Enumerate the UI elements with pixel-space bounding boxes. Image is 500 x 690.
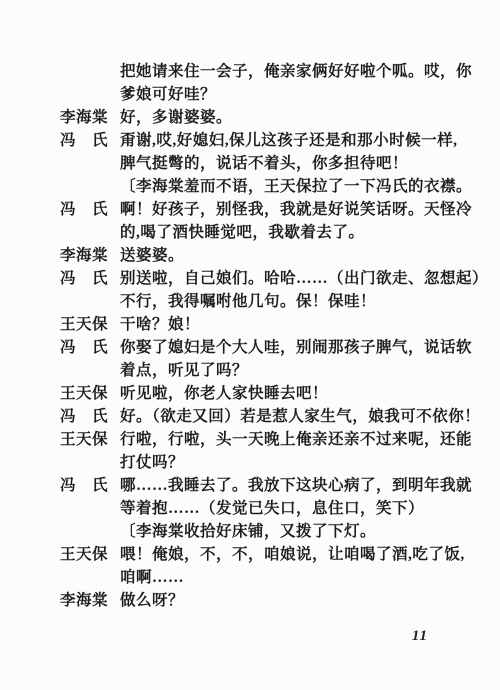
- dialogue-line: 脾气挺彆的，说话不着头，你多担待吧！: [120, 152, 464, 175]
- dialogue-line: 不行，我得嘱咐他几句。保！保哇！: [120, 290, 464, 313]
- script-entry: 冯 氏 啊！好孩子，别怪我，我就是好说笑话呀。天怪冷 的,喝了酒快睡觉吧，我歇着…: [60, 198, 464, 244]
- stage-direction: 〔李海棠收拾好床铺，又拨了下灯。: [60, 520, 464, 543]
- speaker-name: 冯 氏: [60, 129, 116, 152]
- dialogue-line: 打仗吗？: [120, 451, 464, 474]
- dialogue-line: 你娶了媳妇是个大人哇，别闹那孩子脾气，说话软: [120, 336, 464, 359]
- dialogue-line: 喂！俺娘，不，不，咱娘说，让咱喝了酒,吃了饭,: [120, 543, 464, 566]
- dialogue-line: 哪……我睡去了。我放下这块心病了，到明年我就: [120, 474, 464, 497]
- speaker-name: 王天保: [60, 543, 116, 566]
- dialogue-line: 好。（欲走又回）若是惹人家生气，娘我可不依你！: [120, 405, 464, 428]
- speaker-name: 王天保: [60, 313, 116, 336]
- script-entry: 冯 氏 哪……我睡去了。我放下这块心病了，到明年我就 等着抱……（发觉已失口，息…: [60, 474, 464, 520]
- script-entry-continuation: 把她请来住一会子，俺亲家俩好好啦个呱。哎，你 爹娘可好哇？: [60, 60, 464, 106]
- speaker-name: 冯 氏: [60, 474, 116, 497]
- book-page: 把她请来住一会子，俺亲家俩好好啦个呱。哎，你 爹娘可好哇？ 李海棠 好，多谢婆婆…: [0, 0, 500, 690]
- dialogue-line: 干啥？娘！: [120, 313, 464, 336]
- speaker-name: 李海棠: [60, 244, 116, 267]
- dialogue-line: 做么呀？: [120, 589, 464, 612]
- script-entry: 冯 氏 别送啦，自己娘们。哈哈……（出门欲走、忽想起） 不行，我得嘱咐他几句。保…: [60, 267, 464, 313]
- script-entry: 王天保 行啦，行啦，头一天晚上俺亲还亲不过来呢，还能 打仗吗？: [60, 428, 464, 474]
- dialogue-line: 把她请来住一会子，俺亲家俩好好啦个呱。哎，你: [120, 60, 464, 83]
- script-entry: 王天保 听见啦，你老人家快睡去吧！: [60, 382, 464, 405]
- dialogue-line: 的,喝了酒快睡觉吧，我歇着去了。: [120, 221, 464, 244]
- dialogue-line: 甭谢,哎,好媳妇,保儿这孩子还是和那小时候一样,: [120, 129, 464, 152]
- dialogue-line: 行啦，行啦，头一天晚上俺亲还亲不过来呢，还能: [120, 428, 464, 451]
- script-entry: 王天保 干啥？娘！: [60, 313, 464, 336]
- dialogue-line: 啊！好孩子，别怪我，我就是好说笑话呀。天怪冷: [120, 198, 464, 221]
- page-number: 11: [412, 628, 428, 645]
- speaker-name: 冯 氏: [60, 336, 116, 359]
- speaker-name: 冯 氏: [60, 405, 116, 428]
- speaker-name: 李海棠: [60, 106, 116, 129]
- script-entry: 李海棠 好，多谢婆婆。: [60, 106, 464, 129]
- dialogue-line: 爹娘可好哇？: [120, 83, 464, 106]
- script-entry: 李海棠 做么呀？: [60, 589, 464, 612]
- speaker-name: 冯 氏: [60, 267, 116, 290]
- script-text-block: 把她请来住一会子，俺亲家俩好好啦个呱。哎，你 爹娘可好哇？ 李海棠 好，多谢婆婆…: [60, 60, 464, 612]
- speaker-name: 王天保: [60, 382, 116, 405]
- speaker-name: 冯 氏: [60, 198, 116, 221]
- dialogue-line: 别送啦，自己娘们。哈哈……（出门欲走、忽想起）: [120, 267, 464, 290]
- dialogue-line: 送婆婆。: [120, 244, 464, 267]
- dialogue-line: 好，多谢婆婆。: [120, 106, 464, 129]
- script-entry: 冯 氏 甭谢,哎,好媳妇,保儿这孩子还是和那小时候一样, 脾气挺彆的，说话不着头…: [60, 129, 464, 175]
- stage-direction: 〔李海棠羞而不语，王天保拉了一下冯氏的衣襟。: [60, 175, 464, 198]
- dialogue-line: 听见啦，你老人家快睡去吧！: [120, 382, 464, 405]
- dialogue-line: 着点，听见了吗？: [120, 359, 464, 382]
- speaker-name: 李海棠: [60, 589, 116, 612]
- script-entry: 李海棠 送婆婆。: [60, 244, 464, 267]
- stage-direction-line: 〔李海棠羞而不语，王天保拉了一下冯氏的衣襟。: [120, 175, 464, 198]
- dialogue-line: 咱啊……: [120, 566, 464, 589]
- speaker-name: 王天保: [60, 428, 116, 451]
- script-entry: 王天保 喂！俺娘，不，不，咱娘说，让咱喝了酒,吃了饭, 咱啊……: [60, 543, 464, 589]
- dialogue-line: 等着抱……（发觉已失口，息住口，笑下）: [120, 497, 464, 520]
- script-entry: 冯 氏 好。（欲走又回）若是惹人家生气，娘我可不依你！: [60, 405, 464, 428]
- stage-direction-line: 〔李海棠收拾好床铺，又拨了下灯。: [120, 520, 464, 543]
- script-entry: 冯 氏 你娶了媳妇是个大人哇，别闹那孩子脾气，说话软 着点，听见了吗？: [60, 336, 464, 382]
